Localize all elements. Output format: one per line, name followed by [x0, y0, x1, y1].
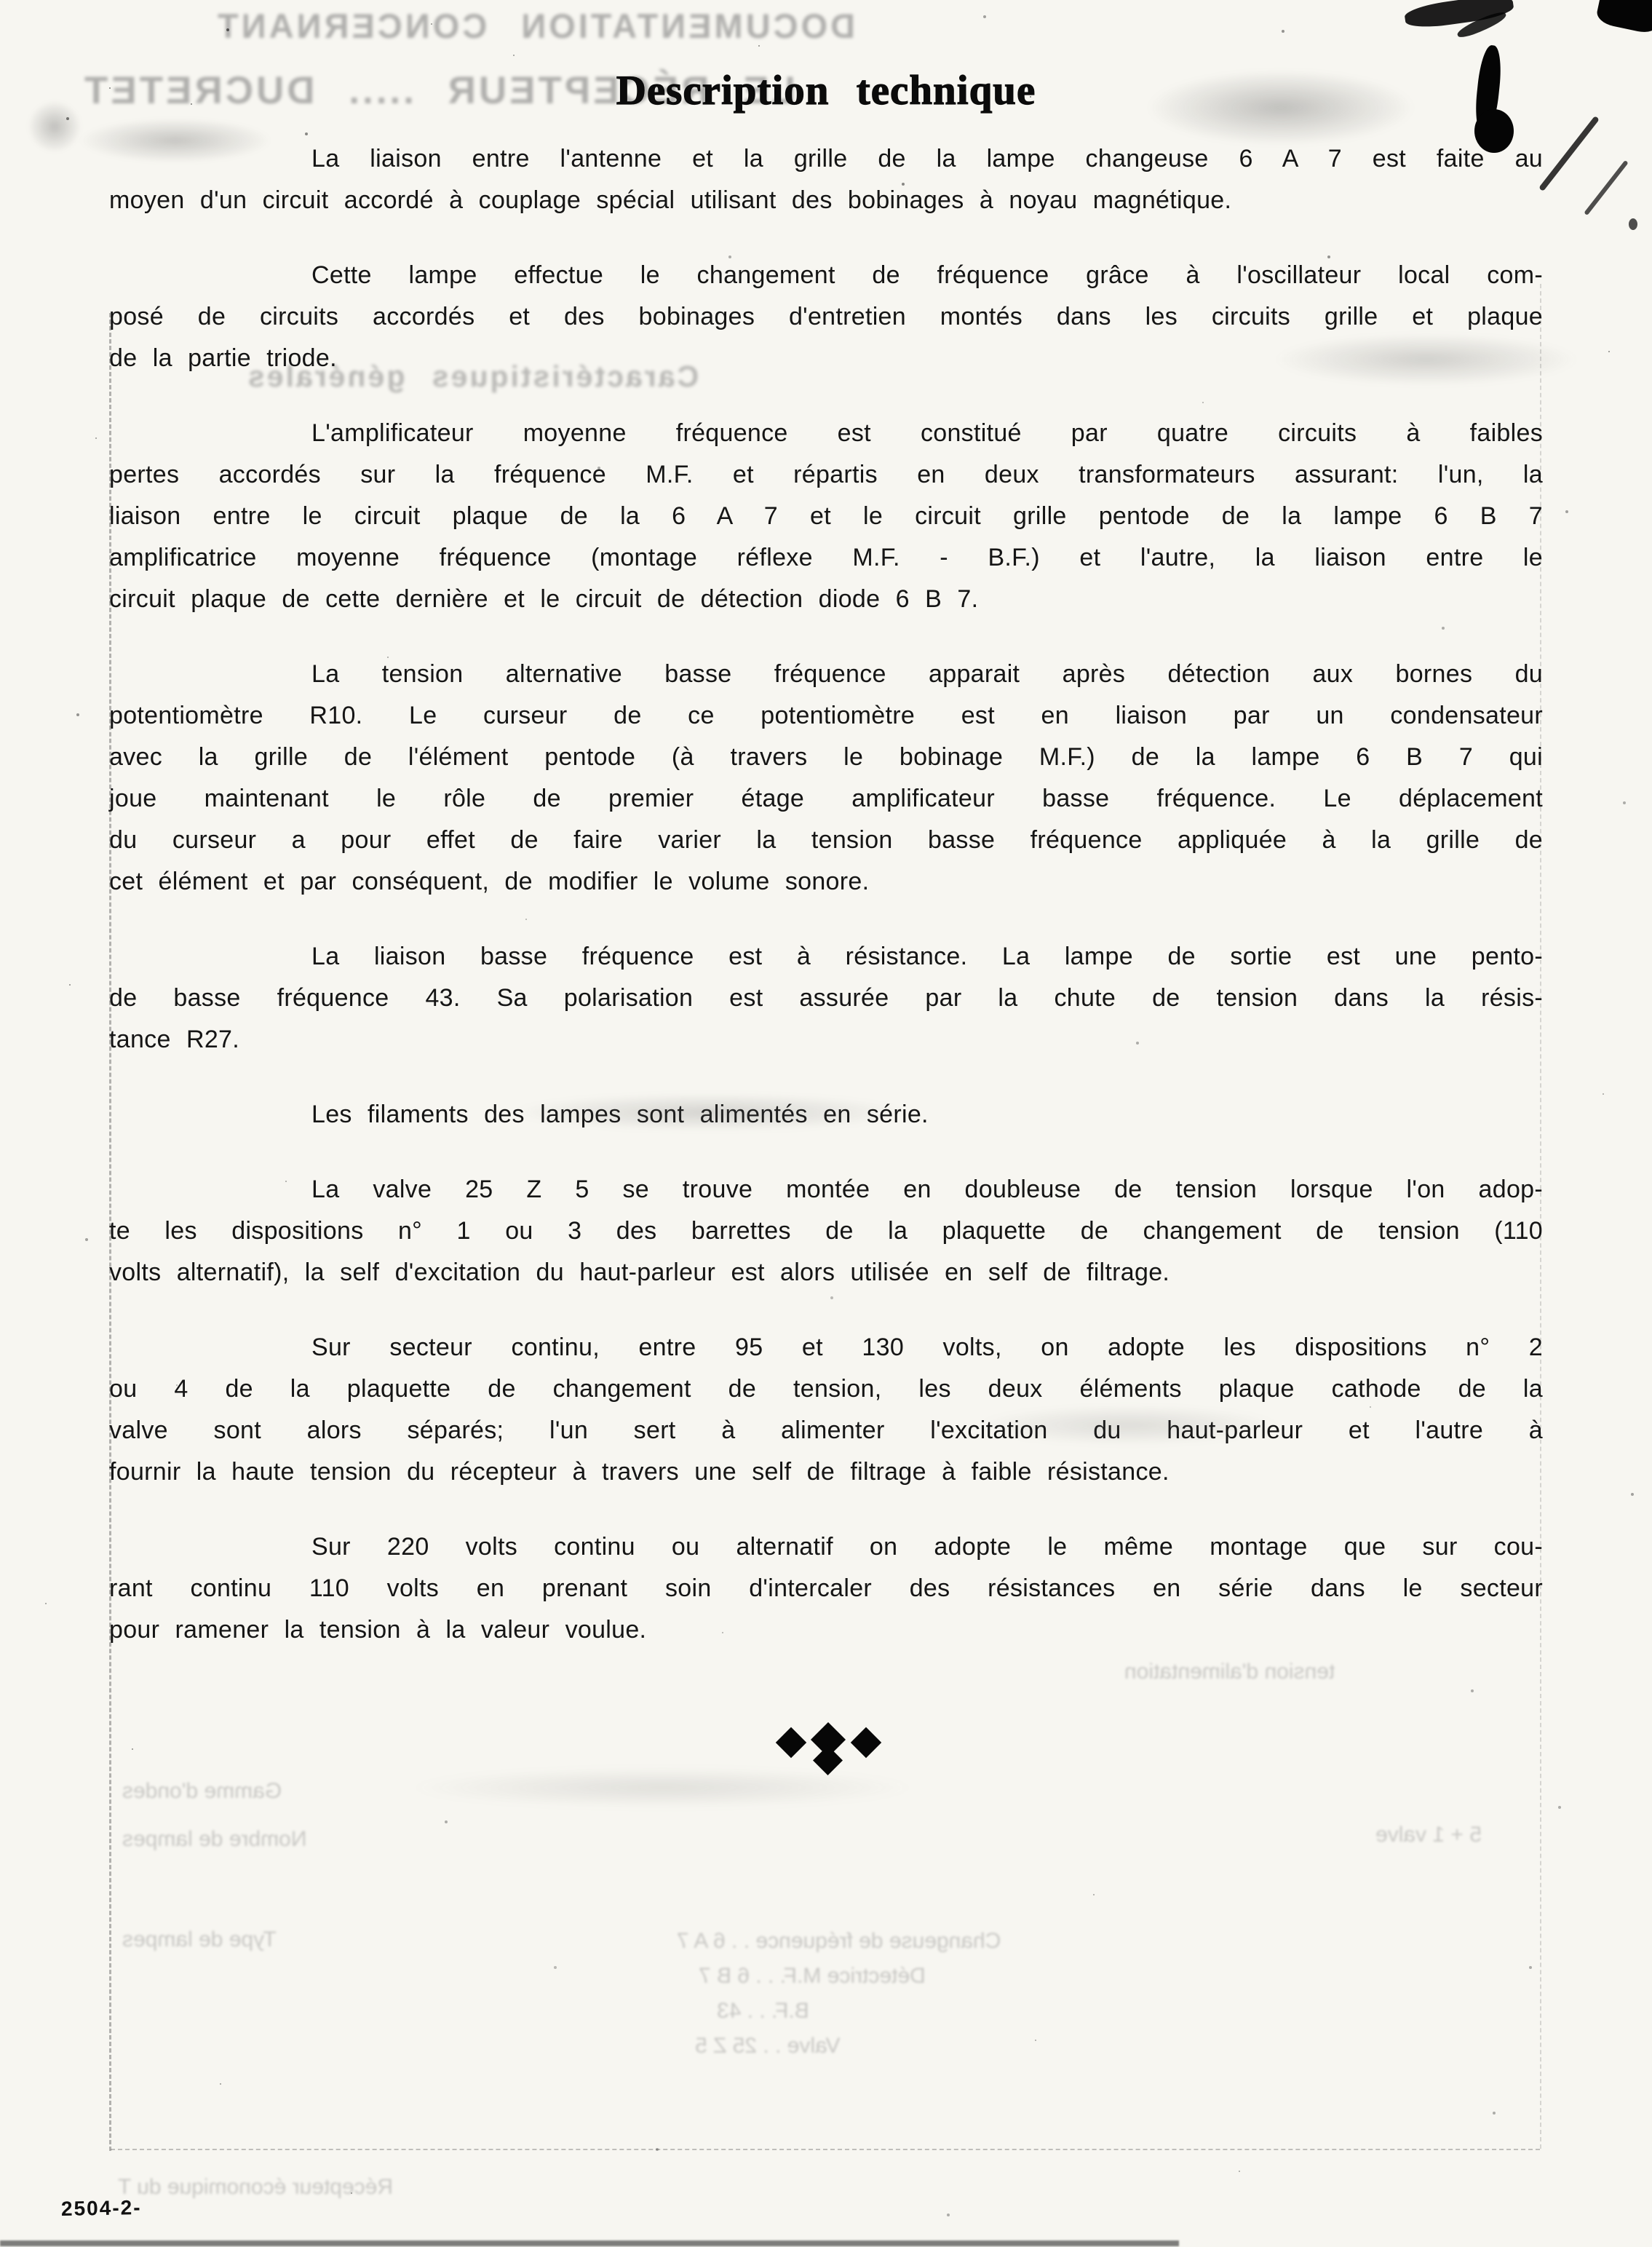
ink-streak: [1584, 160, 1628, 215]
scan-speckles: [0, 0, 1, 1]
bleed-through-text: Valve . . 25 Z 5: [695, 2034, 841, 2058]
text-line: cet élément et par conséquent, de modifi…: [109, 861, 1543, 903]
document-body: La liaison entre l'antenne et la grille …: [109, 138, 1543, 1684]
dashed-rule-bottom: [111, 2149, 1540, 2150]
text-line: La liaison basse fréquence est à résista…: [109, 936, 1543, 978]
paragraph: La liaison entre l'antenne et la grille …: [109, 138, 1543, 221]
ink-blot: [1404, 0, 1515, 31]
bleed-through-text: Changeuse de fréquence . . 6 A 7: [677, 1929, 1001, 1954]
text-line: Cette lampe effectue le changement de fr…: [109, 255, 1543, 296]
text-line: La tension alternative basse fréquence a…: [109, 654, 1543, 695]
ink-streak: [1538, 116, 1600, 191]
ink-blot: [1595, 0, 1652, 35]
text-line: valve sont alors séparés; l'un sert à al…: [109, 1410, 1543, 1451]
page-number: 2504-2-: [61, 2196, 142, 2221]
text-line: Les filaments des lampes sont alimentés …: [109, 1094, 1543, 1136]
text-line: Sur 220 volts continu ou alternatif on a…: [109, 1526, 1543, 1568]
scanner-edge-shadow: [0, 2240, 1179, 2246]
text-line: de la partie triode.: [109, 338, 1543, 379]
page-title: Description technique: [109, 67, 1543, 114]
divider-diamond-icon: [851, 1727, 881, 1758]
text-line: moyen d'un circuit accordé à couplage sp…: [109, 180, 1543, 221]
text-line: tance R27.: [109, 1019, 1543, 1061]
bleed-through-text: Récepteur économique du T: [118, 2175, 393, 2200]
text-line: rant continu 110 volts en prenant soin d…: [109, 1568, 1543, 1609]
paragraph: Les filaments des lampes sont alimentés …: [109, 1094, 1543, 1136]
text-line: liaison entre le circuit plaque de la 6 …: [109, 496, 1543, 537]
paragraph: Sur secteur continu, entre 95 et 130 vol…: [109, 1327, 1543, 1493]
text-line: potentiomètre R10. Le curseur de ce pote…: [109, 695, 1543, 737]
bleed-through-text: Gamme d'ondes: [122, 1779, 282, 1804]
paragraph: Cette lampe effectue le changement de fr…: [109, 255, 1543, 379]
paragraph: La tension alternative basse fréquence a…: [109, 654, 1543, 903]
text-line: fournir la haute tension du récepteur à …: [109, 1451, 1543, 1493]
bleed-through-text: Type de lampes: [122, 1927, 277, 1952]
paragraph: La valve 25 Z 5 se trouve montée en doub…: [109, 1169, 1543, 1293]
paragraph: La liaison basse fréquence est à résista…: [109, 936, 1543, 1061]
bleed-through-text: B.F. . . 43: [717, 1999, 809, 2024]
text-line: La valve 25 Z 5 se trouve montée en doub…: [109, 1169, 1543, 1210]
text-line: de basse fréquence 43. Sa polarisation e…: [109, 978, 1543, 1019]
divider-diamond-icon: [813, 1745, 843, 1775]
text-line: L'amplificateur moyenne fréquence est co…: [109, 413, 1543, 454]
bleed-through-text: Détectrice M.F. . . 6 B 7: [699, 1964, 926, 1989]
text-line: pertes accordés sur la fréquence M.F. et…: [109, 454, 1543, 496]
ink-blot: [1456, 9, 1508, 41]
scan-smudge: [408, 1767, 917, 1808]
bleed-through-text: DOCUMENTATION CONCERNANT: [215, 6, 855, 46]
scan-smudge: [28, 100, 82, 153]
text-line: La liaison entre l'antenne et la grille …: [109, 138, 1543, 180]
text-line: volts alternatif), la self d'excitation …: [109, 1252, 1543, 1293]
text-line: du curseur a pour effet de faire varier …: [109, 820, 1543, 861]
text-line: amplificatrice moyenne fréquence (montag…: [109, 537, 1543, 579]
text-line: circuit plaque de cette dernière et le c…: [109, 579, 1543, 620]
bleed-through-text: Nombre de lampes: [122, 1827, 306, 1852]
text-line: Sur secteur continu, entre 95 et 130 vol…: [109, 1327, 1543, 1368]
text-line: ou 4 de la plaquette de changement de te…: [109, 1368, 1543, 1410]
ink-speck: [1629, 218, 1637, 230]
text-line: te les dispositions n° 1 ou 3 des barret…: [109, 1210, 1543, 1252]
paragraph: L'amplificateur moyenne fréquence est co…: [109, 413, 1543, 620]
text-line: pour ramener la tension à la valeur voul…: [109, 1609, 1543, 1651]
divider-diamond-icon: [776, 1727, 806, 1758]
text-line: joue maintenant le rôle de premier étage…: [109, 778, 1543, 820]
scanned-document-page: DOCUMENTATION CONCERNANT LE RÉCEPTEUR ..…: [0, 0, 1652, 2247]
text-line: avec la grille de l'élément pentode (à t…: [109, 737, 1543, 778]
paragraph: Sur 220 volts continu ou alternatif on a…: [109, 1526, 1543, 1651]
bleed-through-text: 5 + 1 valve: [1375, 1823, 1482, 1847]
text-line: posé de circuits accordés et des bobinag…: [109, 296, 1543, 338]
